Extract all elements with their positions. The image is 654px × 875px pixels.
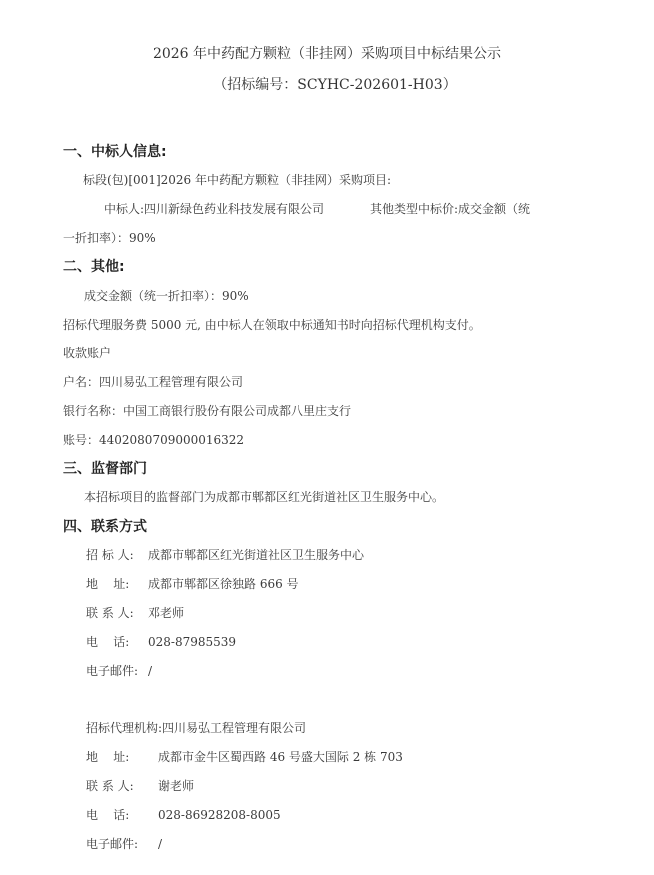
section4-heading: 四、联系方式: [63, 518, 147, 536]
price-row: 其他类型中标价:成交金额（统: [370, 201, 530, 217]
account-number: 账号：4402080709000016322: [63, 432, 244, 448]
account-name: 户名：四川易弘工程管理有限公司: [63, 374, 243, 390]
tenderer-phone-value: 028-87985539: [148, 635, 236, 649]
agency-email-value: /: [158, 837, 162, 851]
agency-address-value: 成都市金牛区蜀西路 46 号盛大国际 2 栋 703: [158, 750, 403, 764]
winner-label: 中标人:: [104, 202, 144, 216]
tenderer-address-value: 成都市郫都区徐独路 666 号: [148, 577, 299, 591]
agency-email-label: 电子邮件:: [86, 836, 158, 852]
winner-value: 四川新绿色药业科技发展有限公司: [144, 202, 324, 216]
winner-row: 中标人:四川新绿色药业科技发展有限公司: [104, 201, 324, 217]
agency-contact-label: 联 系 人:: [86, 778, 158, 794]
tenderer-address-row: 地 址:成都市郫都区徐独路 666 号: [86, 576, 299, 592]
supervision-text: 本招标项目的监督部门为成都市郫都区红光街道社区卫生服务中心。: [84, 489, 444, 505]
price-label: 其他类型中标价:: [370, 202, 458, 216]
tenderer-phone-row: 电 话:028-87985539: [86, 634, 236, 650]
agency-phone-row: 电 话:028-86928208-8005: [86, 807, 281, 823]
agency-phone-value: 028-86928208-8005: [158, 808, 281, 822]
agency-name-value: 四川易弘工程管理有限公司: [162, 721, 306, 735]
tenderer-email-label: 电子邮件:: [86, 663, 148, 679]
agency-contact-value: 谢老师: [158, 779, 194, 793]
deal-amount: 成交金额（统一折扣率）：90%: [84, 288, 249, 304]
document-subtitle: （招标编号：SCYHC-202601-H03）: [8, 76, 654, 94]
agency-name-label: 招标代理机构:: [86, 721, 162, 735]
agency-contact-row: 联 系 人:谢老师: [86, 778, 194, 794]
lot-line: 标段(包)[001]2026 年中药配方颗粒（非挂网）采购项目:: [83, 172, 391, 188]
tenderer-contact-value: 邓老师: [148, 606, 184, 620]
tenderer-name-label: 招 标 人:: [86, 547, 148, 563]
account-title: 收款账户: [63, 345, 111, 361]
section1-heading: 一、中标人信息:: [63, 143, 167, 161]
tenderer-email-row: 电子邮件:/: [86, 663, 152, 679]
agency-name-row: 招标代理机构:四川易弘工程管理有限公司: [86, 720, 306, 736]
price-value-continued: 一折扣率）：90%: [63, 230, 156, 246]
agency-phone-label: 电 话:: [86, 807, 158, 823]
agency-address-row: 地 址:成都市金牛区蜀西路 46 号盛大国际 2 栋 703: [86, 749, 403, 765]
section2-heading: 二、其他:: [63, 258, 125, 276]
price-value-part1: 成交金额（统: [458, 202, 530, 216]
tenderer-phone-label: 电 话:: [86, 634, 148, 650]
section3-heading: 三、监督部门: [63, 460, 147, 478]
bank-name: 银行名称：中国工商银行股份有限公司成都八里庄支行: [63, 403, 351, 419]
tenderer-name-value: 成都市郫都区红光街道社区卫生服务中心: [148, 548, 364, 562]
agency-fee-text: 招标代理服务费 5000 元, 由中标人在领取中标通知书时向招标代理机构支付。: [63, 317, 481, 333]
tenderer-name-row: 招 标 人:成都市郫都区红光街道社区卫生服务中心: [86, 547, 364, 563]
tenderer-contact-label: 联 系 人:: [86, 605, 148, 621]
tenderer-email-value: /: [148, 664, 152, 678]
tenderer-address-label: 地 址:: [86, 576, 148, 592]
document-title: 2026 年中药配方颗粒（非挂网）采购项目中标结果公示: [0, 45, 654, 63]
agency-email-row: 电子邮件:/: [86, 836, 162, 852]
agency-address-label: 地 址:: [86, 749, 158, 765]
tenderer-contact-row: 联 系 人:邓老师: [86, 605, 184, 621]
